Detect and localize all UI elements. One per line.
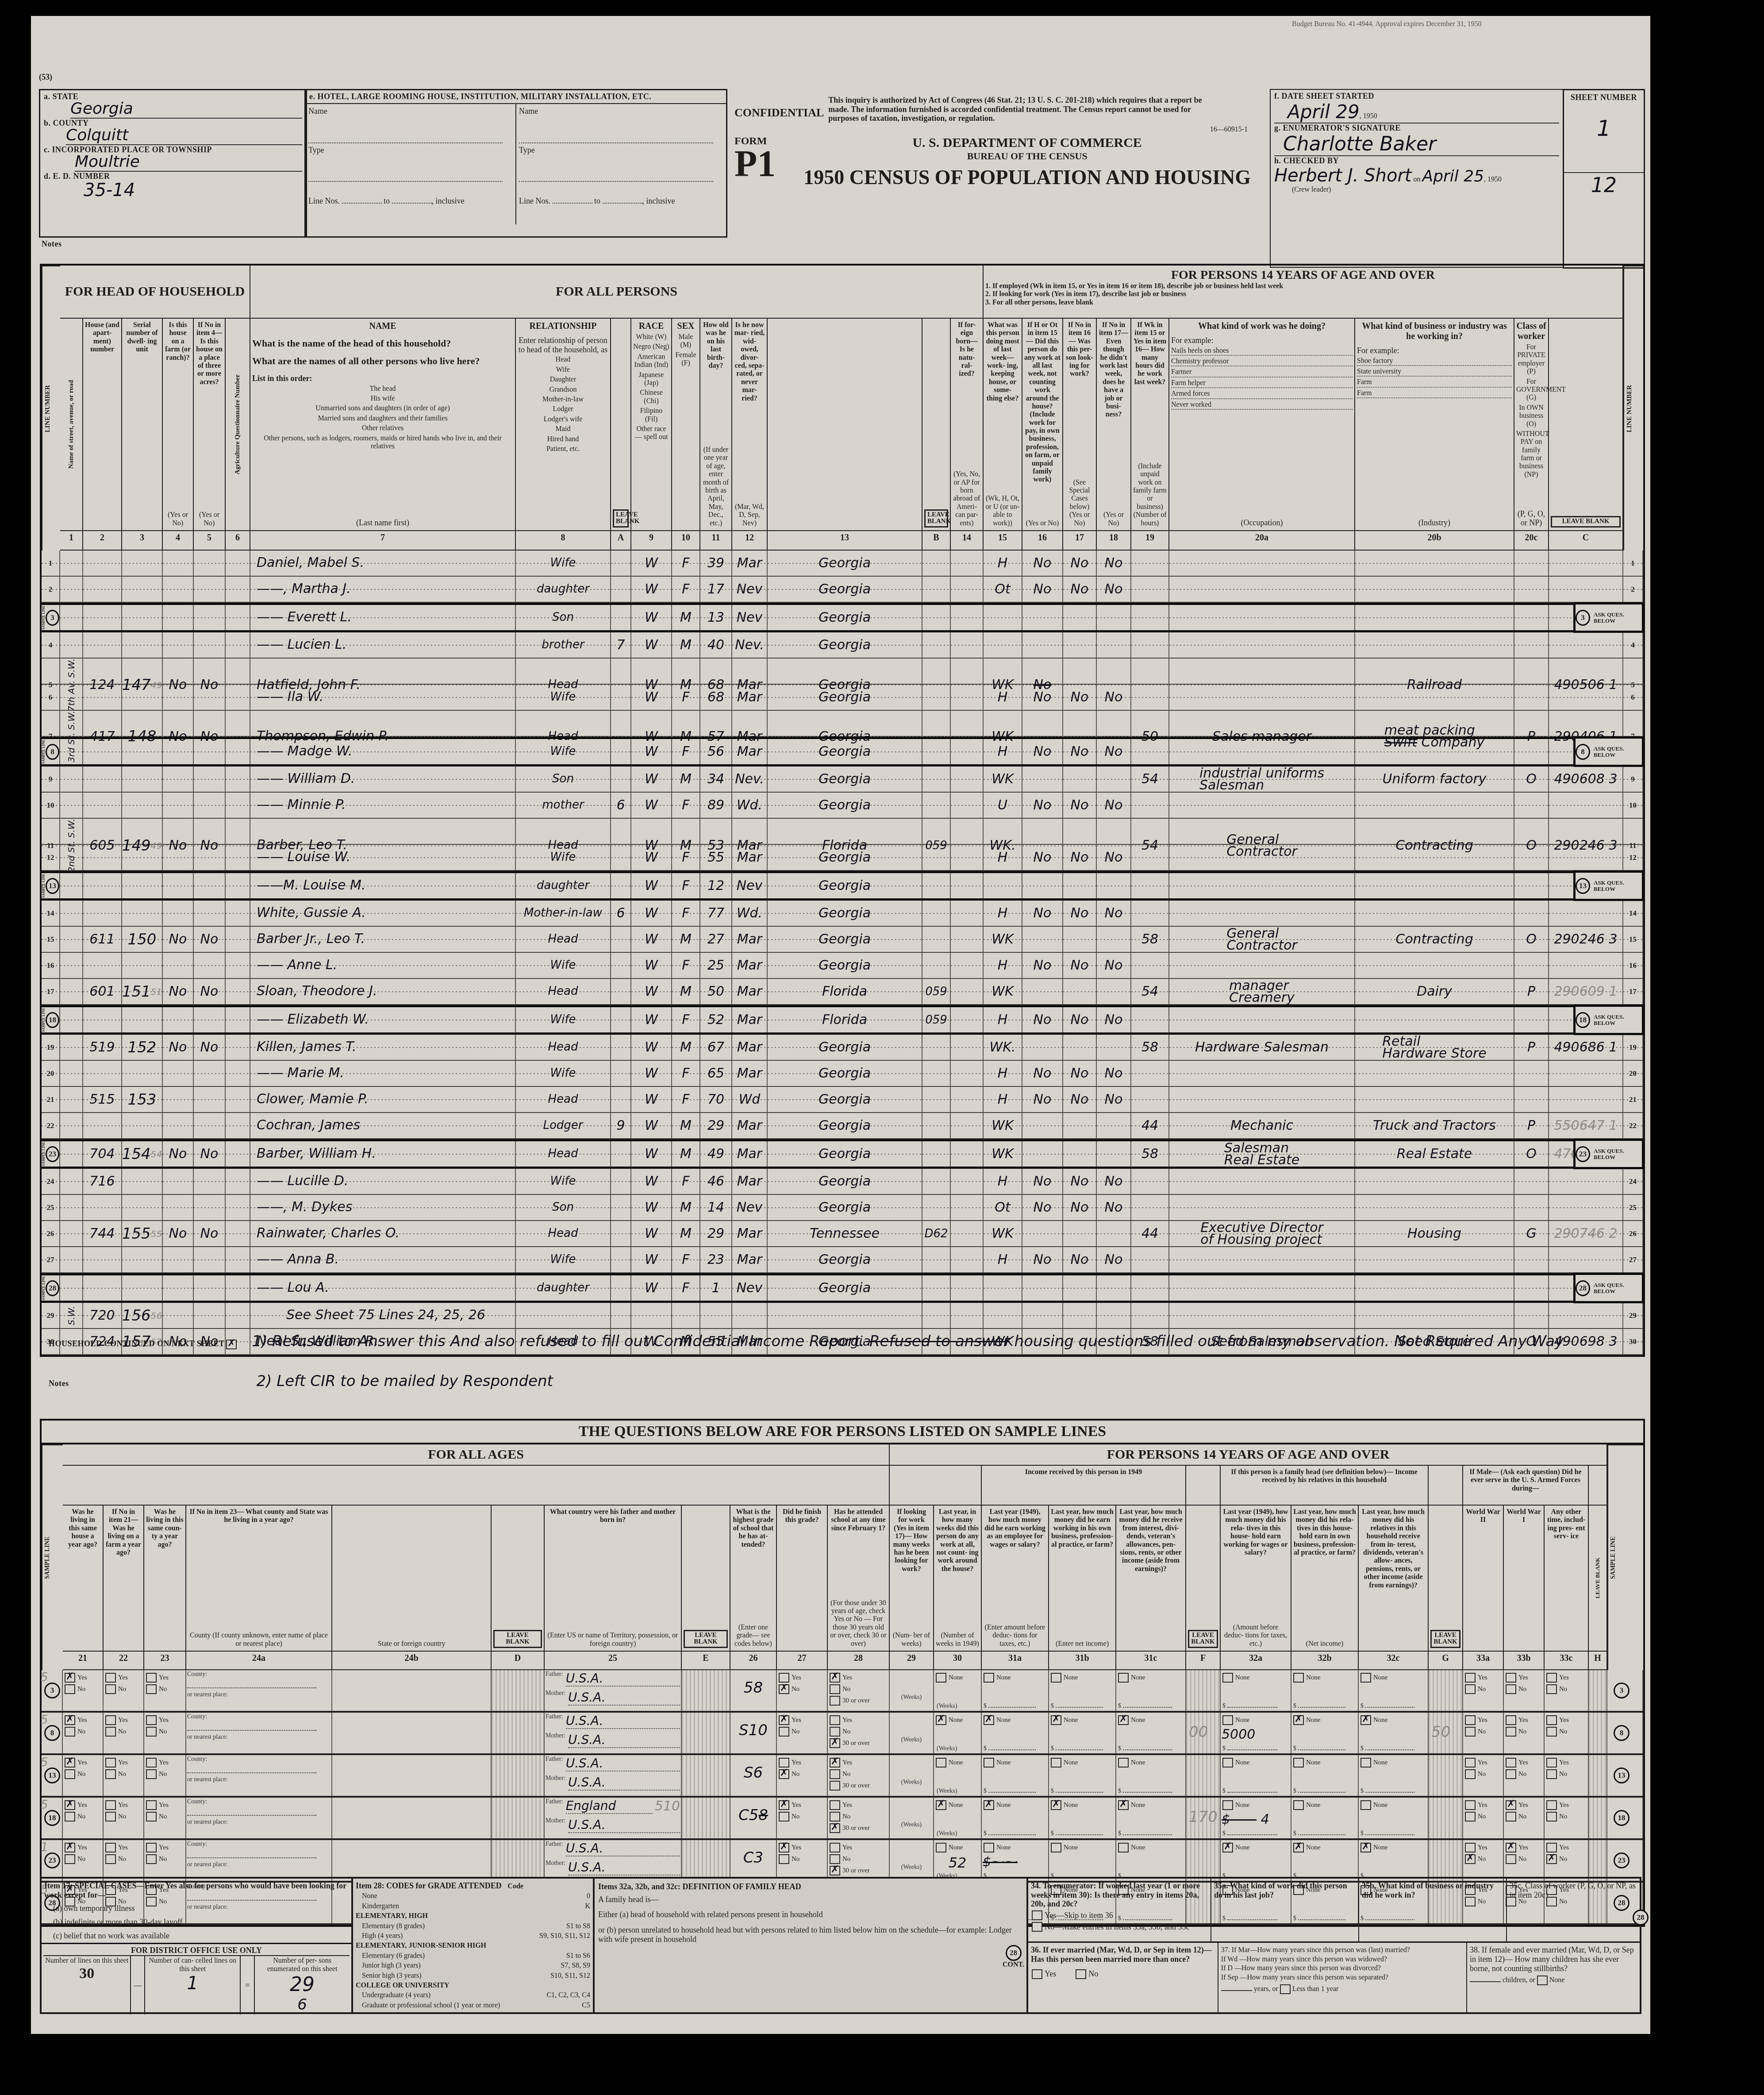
district-f1: Number of lines on this sheet: [44, 1957, 129, 1965]
row1-farm: [163, 551, 194, 576]
srow8-c27-no-label: No: [792, 1728, 799, 1736]
sample-colnum-27: 27: [777, 1652, 828, 1670]
row21-name: Clower, Mamie P.: [250, 1087, 516, 1112]
row29-house: 720: [83, 1303, 122, 1328]
row18-age: 52: [700, 1007, 732, 1032]
srow18-i21: ✗YesNo: [63, 1798, 104, 1838]
row22-rel: Lodger: [516, 1113, 611, 1138]
row16-street: [60, 953, 83, 978]
location-box: a. STATE Georgia b. COUNTY Colquitt c. I…: [39, 89, 307, 238]
code-value: 290246 3: [1554, 932, 1617, 947]
row22-i15-value: WK: [992, 1120, 1013, 1132]
row21-race-value: W: [645, 1094, 658, 1105]
row19-i15: WK.: [984, 1035, 1022, 1060]
row14-cls: [1514, 901, 1549, 926]
colF-value: 170: [1189, 1808, 1218, 1826]
row15-nat: [951, 927, 984, 952]
srow13-33a-yes: Yes: [1465, 1758, 1501, 1768]
row20-i15-value: H: [998, 1067, 1008, 1079]
srow18-i23: YesNo: [144, 1798, 186, 1838]
sp: [1293, 1557, 1356, 1640]
row29-race: [631, 1303, 672, 1328]
county-label: County:: [187, 1756, 331, 1763]
row6-i18-value: No: [1105, 691, 1123, 703]
dollar-line: $: [1118, 1702, 1184, 1710]
grade-code: S1 to S8: [566, 1922, 590, 1930]
row17-born-value: Florida: [822, 986, 867, 997]
srow23-33b-no-label: No: [1518, 1856, 1526, 1863]
row9-i15: WK: [984, 766, 1022, 792]
grade-label: Elementary (6 grades): [362, 1952, 425, 1960]
row27-agq: [226, 1247, 250, 1272]
row2-colB: [922, 577, 951, 602]
row29-ind: [1355, 1303, 1514, 1328]
row2-code: [1549, 577, 1623, 602]
row2-rel-value: daughter: [537, 584, 589, 594]
row9-race-value: W: [645, 773, 658, 785]
srow18-31a-none-label: None: [996, 1802, 1011, 1809]
sample-colhead-c30-t: Last year, in how many weeks did this pe…: [936, 1508, 979, 1573]
srow3-i23-no-label: No: [159, 1686, 167, 1693]
sp: [188, 1525, 330, 1632]
serial-superscript: 55: [151, 1229, 162, 1239]
colnum-B: B: [922, 531, 951, 551]
colnum-20c: 20c: [1514, 531, 1549, 551]
row26-acres-value: No: [200, 1228, 219, 1240]
row6-i15: H: [984, 685, 1022, 710]
srow23-32b-none-label: None: [1306, 1844, 1321, 1852]
srow23-28-over30-label: 30 or over: [842, 1867, 870, 1875]
sp: [891, 1841, 932, 1864]
row28-house: [83, 1275, 122, 1301]
srow18-c27-yes-box: ✗: [779, 1800, 789, 1810]
dollar-line: $: [984, 1830, 1046, 1837]
row8-agq: [226, 739, 250, 764]
srow18-28-over30-box: ✗: [830, 1823, 840, 1833]
row16-i19: [1131, 953, 1169, 978]
special-cases-title: Item 17: SPECIAL CASES—Enter Yes also fo…: [44, 1881, 349, 1899]
srow8-33a-no-box: [1465, 1727, 1476, 1737]
ask-ques-label: ASK QUES. BELOW: [1594, 1282, 1642, 1294]
row3-occ: [1169, 605, 1355, 630]
srow23-28-no-label: No: [842, 1856, 850, 1863]
sp: [891, 1756, 932, 1779]
sample-colhead-c24b-s: State or foreign country: [334, 1640, 489, 1648]
row22-born: Georgia: [768, 1113, 922, 1138]
sample-colhead-c31b-s: (Enter net income): [1051, 1640, 1114, 1648]
row6-mar-value: Mar: [737, 691, 762, 703]
grp-blank-allages: [63, 1466, 890, 1506]
county-line: [187, 1723, 316, 1731]
srow3-i23-yes: Yes: [146, 1673, 184, 1683]
colhead-i19-sub: (Include unpaid work on family farm or b…: [1133, 462, 1167, 528]
row6-farm: [163, 685, 194, 710]
srow8-33c-no-label: No: [1559, 1728, 1567, 1736]
sp: [984, 1549, 1046, 1624]
srow23-i21-yes-box: ✗: [65, 1843, 75, 1852]
dollar-line: $: [984, 1745, 1046, 1752]
srow18-cF: 170: [1186, 1798, 1221, 1838]
srow8-28-yes: Yes: [830, 1715, 887, 1725]
row27-colB: [922, 1247, 951, 1272]
sample-colhead-c24a: If No in item 23— What county and State …: [186, 1506, 332, 1652]
row3-i16: [1022, 605, 1063, 630]
srow18-33a-yes-box: [1465, 1800, 1476, 1810]
row27-line_l: 27: [42, 1247, 60, 1272]
family-head-lines: A family head is—Either (a) head of hous…: [598, 1895, 1023, 1944]
line-number-right: 21: [1629, 1095, 1637, 1104]
father-value: U.S.A.: [566, 1671, 680, 1687]
table-row-line-23: SAMPLE LINE2370415454NoNoBarber, William…: [42, 1139, 1643, 1169]
colhead-race-head: RACE: [633, 321, 669, 331]
weeks-label: (Weeks): [937, 1703, 957, 1710]
county-label: County:: [187, 1798, 331, 1806]
srow8-33b-yes-label: Yes: [1518, 1717, 1528, 1724]
row26-i16: [1022, 1221, 1063, 1246]
srow13-i23-yes: Yes: [146, 1758, 184, 1768]
srow3-28-yes-label: Yes: [842, 1674, 852, 1682]
row23-i19: 58: [1131, 1141, 1169, 1167]
row8-i18-value: No: [1105, 746, 1123, 758]
row8-name: —— Madge W.: [250, 739, 516, 764]
mother-value: U.S.A.: [568, 1818, 680, 1833]
row23-age: 49: [700, 1141, 732, 1167]
row10-mar: Wd.: [732, 793, 768, 818]
row16-occ: [1169, 953, 1355, 978]
father-value: U.S.A.: [566, 1714, 680, 1729]
dollar-sign: $: [984, 1745, 987, 1752]
srow3-c27: Yes✗No: [777, 1670, 828, 1711]
srow13-c33b: YesNo: [1504, 1755, 1545, 1796]
srow8-33a-no: No: [1465, 1727, 1501, 1737]
ask-ques-badge: 8ASK QUES. BELOW: [1573, 736, 1644, 767]
row27-race: W: [631, 1247, 672, 1272]
srow18-32c-none-box: [1360, 1800, 1371, 1810]
srow23-31a-none-box: [984, 1843, 994, 1852]
row12-serial: [122, 845, 163, 870]
row2-line_r: 2: [1623, 577, 1643, 602]
row12-cls: [1514, 845, 1549, 870]
row15-i18: [1097, 927, 1131, 952]
grade-value: C58: [731, 1806, 775, 1824]
row15-acres-value: No: [200, 933, 219, 945]
row24-mar: Mar: [732, 1169, 768, 1194]
row15-serial: 150: [122, 927, 163, 952]
srow13-31a-none-box: [984, 1758, 994, 1768]
row15-colB: [922, 927, 951, 952]
row17-i17: [1063, 979, 1097, 1004]
row24-i19: [1131, 1169, 1169, 1194]
srow23-i23-yes: Yes: [146, 1843, 184, 1852]
row20-name: —— Marie M.: [250, 1061, 516, 1086]
dollar-line: $: [1222, 1787, 1289, 1795]
colnum-10: 10: [672, 531, 700, 551]
sample-line-number-left: 18: [44, 1810, 60, 1826]
srow8-c27-yes: ✗Yes: [779, 1715, 825, 1725]
ask-ques-number: 23: [1576, 1146, 1590, 1162]
father-label: Father:: [546, 1798, 563, 1814]
budget-bureau-note: Budget Bureau No. 41-4944. Approval expi…: [1292, 20, 1482, 28]
row26-race-value: W: [645, 1228, 658, 1240]
srow3-c29: (Weeks): [890, 1670, 934, 1711]
srow23-33c-no-label: No: [1559, 1856, 1567, 1863]
serial-number: 155: [122, 1225, 151, 1243]
row20-line_l: 20: [42, 1061, 60, 1086]
row16-i15: H: [984, 953, 1022, 978]
srow13-28-over30-label: 30 or over: [842, 1782, 870, 1790]
row28-nat: [951, 1275, 984, 1301]
father-label: Father:: [546, 1671, 563, 1687]
row2-house: [83, 577, 122, 602]
sample-colhead-c32b: Last year, how much money did his rela- …: [1291, 1506, 1359, 1652]
row21-street: [60, 1087, 83, 1112]
row27-i16-value: No: [1034, 1254, 1052, 1266]
row4-i15: [984, 632, 1022, 658]
district-f2: Number of can- celled lines on this shee…: [146, 1957, 239, 1973]
row21-mar-value: Wd: [739, 1094, 761, 1105]
cont-badge-left: 28 CONT.: [1003, 1945, 1024, 1969]
colnum-7: 7: [250, 531, 516, 551]
row20-i16: No: [1022, 1061, 1063, 1086]
srow3-33b-no: No: [1506, 1684, 1542, 1694]
row24-born: Georgia: [768, 1169, 922, 1194]
row1-cls: [1514, 551, 1549, 576]
mother-label: Mother:: [546, 1818, 565, 1833]
row6-age: 68: [700, 685, 732, 710]
row12-i15-value: H: [998, 851, 1008, 863]
row17-race-value: W: [645, 986, 658, 997]
row2-i15-value: Ot: [995, 583, 1010, 595]
row10-farm: [163, 793, 194, 818]
srow13-c32c: None$: [1359, 1755, 1429, 1796]
line-number-left: 4: [49, 641, 53, 650]
row20-serial: [122, 1061, 163, 1086]
row22-born-value: Georgia: [819, 1120, 871, 1132]
row2-i19: [1131, 577, 1169, 602]
srow23-c27-yes-box: ✗: [779, 1843, 789, 1852]
row12-line_r: 12: [1623, 845, 1643, 870]
item37-line-3: If Sep —How many years since this person…: [1221, 1974, 1464, 1982]
row29-age: [700, 1303, 732, 1328]
row26-i19: 44: [1131, 1221, 1169, 1246]
row26-name: Rainwater, Charles O.: [250, 1221, 516, 1246]
row1-street: [60, 551, 83, 576]
srow13-c27-no: ✗No: [779, 1769, 825, 1779]
srow8-i21-no-box: [65, 1727, 75, 1737]
row15-line_r: 15: [1623, 927, 1643, 952]
line-number-left: 27: [47, 1255, 54, 1264]
weeks-label: (Weeks): [891, 1737, 932, 1744]
srow23-i21-yes: ✗Yes: [65, 1843, 101, 1852]
nearest-label: or nearest place:: [187, 1819, 331, 1826]
srow13-30-none-label: None: [949, 1759, 963, 1767]
row21-i15: H: [984, 1087, 1022, 1112]
row3-line_r: 33ASK QUES. BELOW: [1623, 605, 1643, 630]
item38-tail: children, or None: [1470, 1976, 1637, 1985]
row4-occ: [1169, 632, 1355, 658]
serial-number: 150: [128, 931, 157, 948]
srow3-i21-no-box: [65, 1684, 75, 1694]
colhead-name-q1: What is the name of the head of this hou…: [252, 338, 513, 349]
srow18-28-yes: Yes: [830, 1800, 887, 1810]
row13-i15: [984, 873, 1022, 898]
row1-mar: Mar: [732, 551, 768, 576]
srow8-i23-yes-box: [146, 1715, 157, 1725]
row3-agq: [226, 605, 250, 630]
srow23-33c-yes-box: [1546, 1843, 1557, 1852]
sp: [891, 1671, 932, 1694]
row13-street: [60, 873, 83, 898]
row13-house: [83, 873, 122, 898]
cont-badge-right: 28: [1633, 1910, 1649, 1926]
row12-sex: F: [672, 845, 700, 870]
row1-rel: Wife: [516, 551, 611, 576]
row20-mar: Mar: [732, 1061, 768, 1086]
srow23-31c-none-box: [1118, 1843, 1129, 1852]
row22-colA-value: 9: [616, 1120, 625, 1132]
row10-i15: U: [984, 793, 1022, 818]
dollar-sign: $: [984, 1830, 987, 1837]
table-row-line-11: 112nd St. S.W.60514949NoNoBarber, Leo T.…: [42, 819, 1643, 845]
row24-cls: [1514, 1169, 1549, 1194]
row17-house: 601: [83, 979, 122, 1004]
row2-i16-value: No: [1034, 583, 1052, 595]
mother-row: Mother:U.S.A.: [546, 1860, 680, 1875]
srow3-31c-none-box: [1118, 1673, 1129, 1683]
srow23-i21-no-box: [65, 1854, 75, 1864]
srow13-33c-no-label: No: [1559, 1771, 1567, 1778]
weeks-worked-value: 52: [935, 1854, 980, 1871]
grade-code: S1 to S6: [566, 1952, 590, 1960]
row9-i19: 54: [1131, 766, 1169, 792]
grade-codes-rows: None0KindergartenKELEMENTARY, HIGHElemen…: [356, 1892, 590, 2010]
srow3-c27-yes-box: [779, 1673, 789, 1683]
sheet-number-value1: 1: [1564, 116, 1644, 141]
srow3-32c-none-label: None: [1373, 1674, 1388, 1682]
srow13-c27-no-box: ✗: [779, 1769, 789, 1779]
srow13-c30: None(Weeks): [934, 1755, 982, 1796]
srow23-i23-no-box: [146, 1854, 157, 1864]
row22-race: W: [631, 1113, 672, 1138]
row17-sex-value: M: [680, 986, 692, 997]
colhead-race: RACEWhite (W)Negro (Neg)American Indian …: [631, 319, 672, 531]
dollar-line: $: [1118, 1745, 1184, 1752]
row29-colA: [611, 1303, 631, 1328]
row6-sex-value: F: [682, 691, 689, 703]
row4-serial: [122, 632, 163, 658]
row15-i19: 58: [1131, 927, 1169, 952]
srow8-i21-yes: ✗Yes: [65, 1715, 101, 1725]
sheet-number-box: SHEET NUMBER 1 12: [1563, 89, 1645, 269]
row29-colB: [922, 1303, 951, 1328]
father-row: Father:U.S.A.: [546, 1841, 680, 1856]
sample-line-col-left: SAMPLE LINE: [42, 1444, 63, 1670]
row21-house: 515: [83, 1087, 122, 1112]
srow8-c24a: County:or nearest place:: [186, 1713, 332, 1753]
srow18-sample_r: 18: [1607, 1798, 1643, 1838]
srow3-cG: [1429, 1670, 1463, 1711]
sample-line-number-left: 23: [44, 1852, 60, 1868]
row3-age: 13: [700, 605, 732, 630]
sample-margin-mark: 1: [41, 1841, 48, 1854]
srow18-i22-no-box: [105, 1812, 116, 1822]
sample-leave-blank-D: LEAVE BLANK: [493, 1630, 542, 1648]
sample-colhead-c32b-t: Last year, how much money did his rela- …: [1293, 1508, 1356, 1557]
row12-colB: [922, 845, 951, 870]
row27-age-value: 23: [707, 1254, 724, 1266]
sample-leave-blank-G: LEAVE BLANK: [1430, 1630, 1460, 1648]
srow18-32b-none-box: [1293, 1800, 1304, 1810]
row18-ind: [1355, 1007, 1514, 1032]
sample-colnum-24a: 24a: [186, 1652, 332, 1670]
row27-ind: [1355, 1247, 1514, 1272]
srow13-33c-no-box: [1546, 1769, 1557, 1779]
colnum-20b: 20b: [1355, 531, 1514, 551]
colhead-ind-item-0: Shoe factory: [1357, 357, 1512, 366]
srow23-sample_l: 123: [42, 1840, 63, 1881]
row27-sex-value: F: [682, 1254, 689, 1266]
row8-i16-value: No: [1034, 746, 1052, 758]
row3-nat: [951, 605, 984, 630]
spacer: [633, 442, 669, 528]
srow18-33b-yes: ✗Yes: [1506, 1800, 1542, 1810]
row15-cls: O: [1514, 927, 1549, 952]
row12-name: —— Louise W.: [250, 845, 516, 870]
row10-acres: [194, 793, 226, 818]
table-row-line-6: 6—— Ila W.WifeWF68MarGeorgiaHNoNoNo6: [42, 685, 1643, 711]
row4-street: [60, 632, 83, 658]
row17-i19: 54: [1131, 979, 1169, 1004]
line-number-right: 26: [1629, 1229, 1637, 1238]
srow23-32c-none-label: None: [1373, 1844, 1388, 1852]
row14-i19: [1131, 901, 1169, 926]
srow18-i23-yes: Yes: [146, 1800, 184, 1810]
row27-i19: [1131, 1247, 1169, 1272]
row9-mar: Nev.: [732, 766, 768, 792]
row22-ind-value: Truck and Tractors: [1373, 1120, 1496, 1132]
row28-i19: [1131, 1275, 1169, 1301]
row27-born-value: Georgia: [819, 1254, 871, 1266]
sample-row-line-3: 53✗YesNoYesNoYesNoCounty:or nearest plac…: [42, 1670, 1643, 1713]
row23-mar: Mar: [732, 1141, 768, 1167]
row21-house-value: 515: [89, 1094, 115, 1105]
row27-sex: F: [672, 1247, 700, 1272]
item37-line-0: 37. If Mar—How many years since this per…: [1221, 1946, 1464, 1954]
serial-number: 153: [128, 1091, 157, 1109]
row25-street: [60, 1195, 83, 1220]
srow8-33c-yes-label: Yes: [1559, 1717, 1569, 1724]
code-value: 290746 2: [1554, 1226, 1617, 1241]
row9-street: [60, 766, 83, 792]
colnum-13: 13: [768, 531, 922, 551]
sp: [1051, 1549, 1114, 1640]
row3-cls: [1514, 605, 1549, 630]
special-case-1: (b) indefinite or more than 30-day layof…: [53, 1918, 349, 1927]
county-line: [187, 1808, 316, 1816]
row19-acres: No: [194, 1035, 226, 1060]
line-number-left: 16: [47, 961, 54, 970]
srow3-c28: ✗YesNo30 or over: [828, 1670, 890, 1711]
row2-cls: [1514, 577, 1549, 602]
table-row-line-13: SAMPLE LINE13——M. Louise M.daughterWF12N…: [42, 871, 1643, 901]
srow13-i23-no-box: [146, 1769, 157, 1779]
row22-i16: [1022, 1113, 1063, 1138]
row29-acres: [194, 1303, 226, 1328]
row20-i19: [1131, 1061, 1169, 1086]
amount-line: [1227, 1830, 1277, 1835]
row26-street: [60, 1221, 83, 1246]
srow18-32c-none: None: [1360, 1800, 1426, 1810]
